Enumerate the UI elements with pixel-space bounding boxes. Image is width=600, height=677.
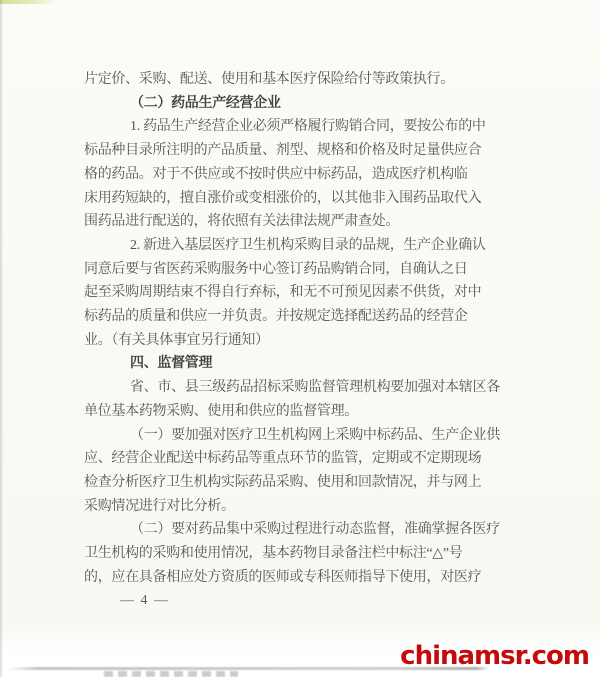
page-left-edge-shadow: [0, 0, 4, 677]
text-line: 采购情况进行对比分析。: [84, 495, 494, 519]
text-line: 卫生机构的采购和使用情况，基本药物目录备注栏中标注“△”号: [84, 542, 494, 566]
scan-artifact-green-streak: [0, 0, 58, 4]
section-heading: 四、监督管理: [84, 352, 494, 376]
section-heading: （二）药品生产经营企业: [84, 92, 494, 116]
text-line: 业。（有关具体事宜另行通知）: [84, 329, 494, 353]
text-line: 检查分析医疗卫生机构实际药品采购、使用和回款情况，并与网上: [84, 471, 494, 495]
text-line: 标品种目录所注明的产品质量、剂型、规格和价格及时足量供应合: [84, 139, 494, 163]
paragraph-first-line: 省、市、县三级药品招标采购监督管理机构要加强对本辖区各: [84, 376, 494, 400]
paragraph-first-line: （一）要加强对医疗卫生机构网上采购中标药品、生产企业供: [84, 424, 494, 448]
site-watermark: chinamsr.com: [400, 641, 589, 671]
text-line: 的，应在具备相应处方资质的医师或专科医师指导下使用，对医疗: [84, 566, 494, 590]
text-line: 应、经营企业配送中标药品等重点环节的监管，定期或不定期现场: [84, 447, 494, 471]
next-page-bleed-through: [104, 671, 238, 677]
text-line: 围药品进行配送的，将依照有关法律法规严肃查处。: [84, 210, 494, 234]
document-body: 片定价、采购、配送、使用和基本医疗保险给付等政策执行。 （二）药品生产经营企业 …: [84, 68, 494, 613]
text-line: 起至采购周期结束不得自行弃标，和无不可预见因素不供货，对中: [84, 281, 494, 305]
text-line: 标药品的质量和供应一并负责。并按规定选择配送药品的经营企: [84, 305, 494, 329]
scanned-document-page: 片定价、采购、配送、使用和基本医疗保险给付等政策执行。 （二）药品生产经营企业 …: [0, 0, 600, 677]
text-line: 格的药品。对于不供应或不按时供应中标药品，造成医疗机构临: [84, 163, 494, 187]
page-number: — 4 —: [84, 589, 494, 613]
text-line: 床用药短缺的，擅自涨价或变相涨价的，以其他非入围药品取代入: [84, 187, 494, 211]
text-line: 单位基本药物采购、使用和供应的监督管理。: [84, 400, 494, 424]
paragraph-first-line: 2. 新进入基层医疗卫生机构采购目录的品规，生产企业确认: [84, 234, 494, 258]
text-line: 同意后要与省医药采购服务中心签订药品购销合同，自确认之日: [84, 258, 494, 282]
paragraph-first-line: （二）要对药品集中采购过程进行动态监督，准确掌握各医疗: [84, 518, 494, 542]
text-line: 片定价、采购、配送、使用和基本医疗保险给付等政策执行。: [84, 68, 494, 92]
paragraph-first-line: 1. 药品生产经营企业必须严格履行购销合同，要按公布的中: [84, 115, 494, 139]
